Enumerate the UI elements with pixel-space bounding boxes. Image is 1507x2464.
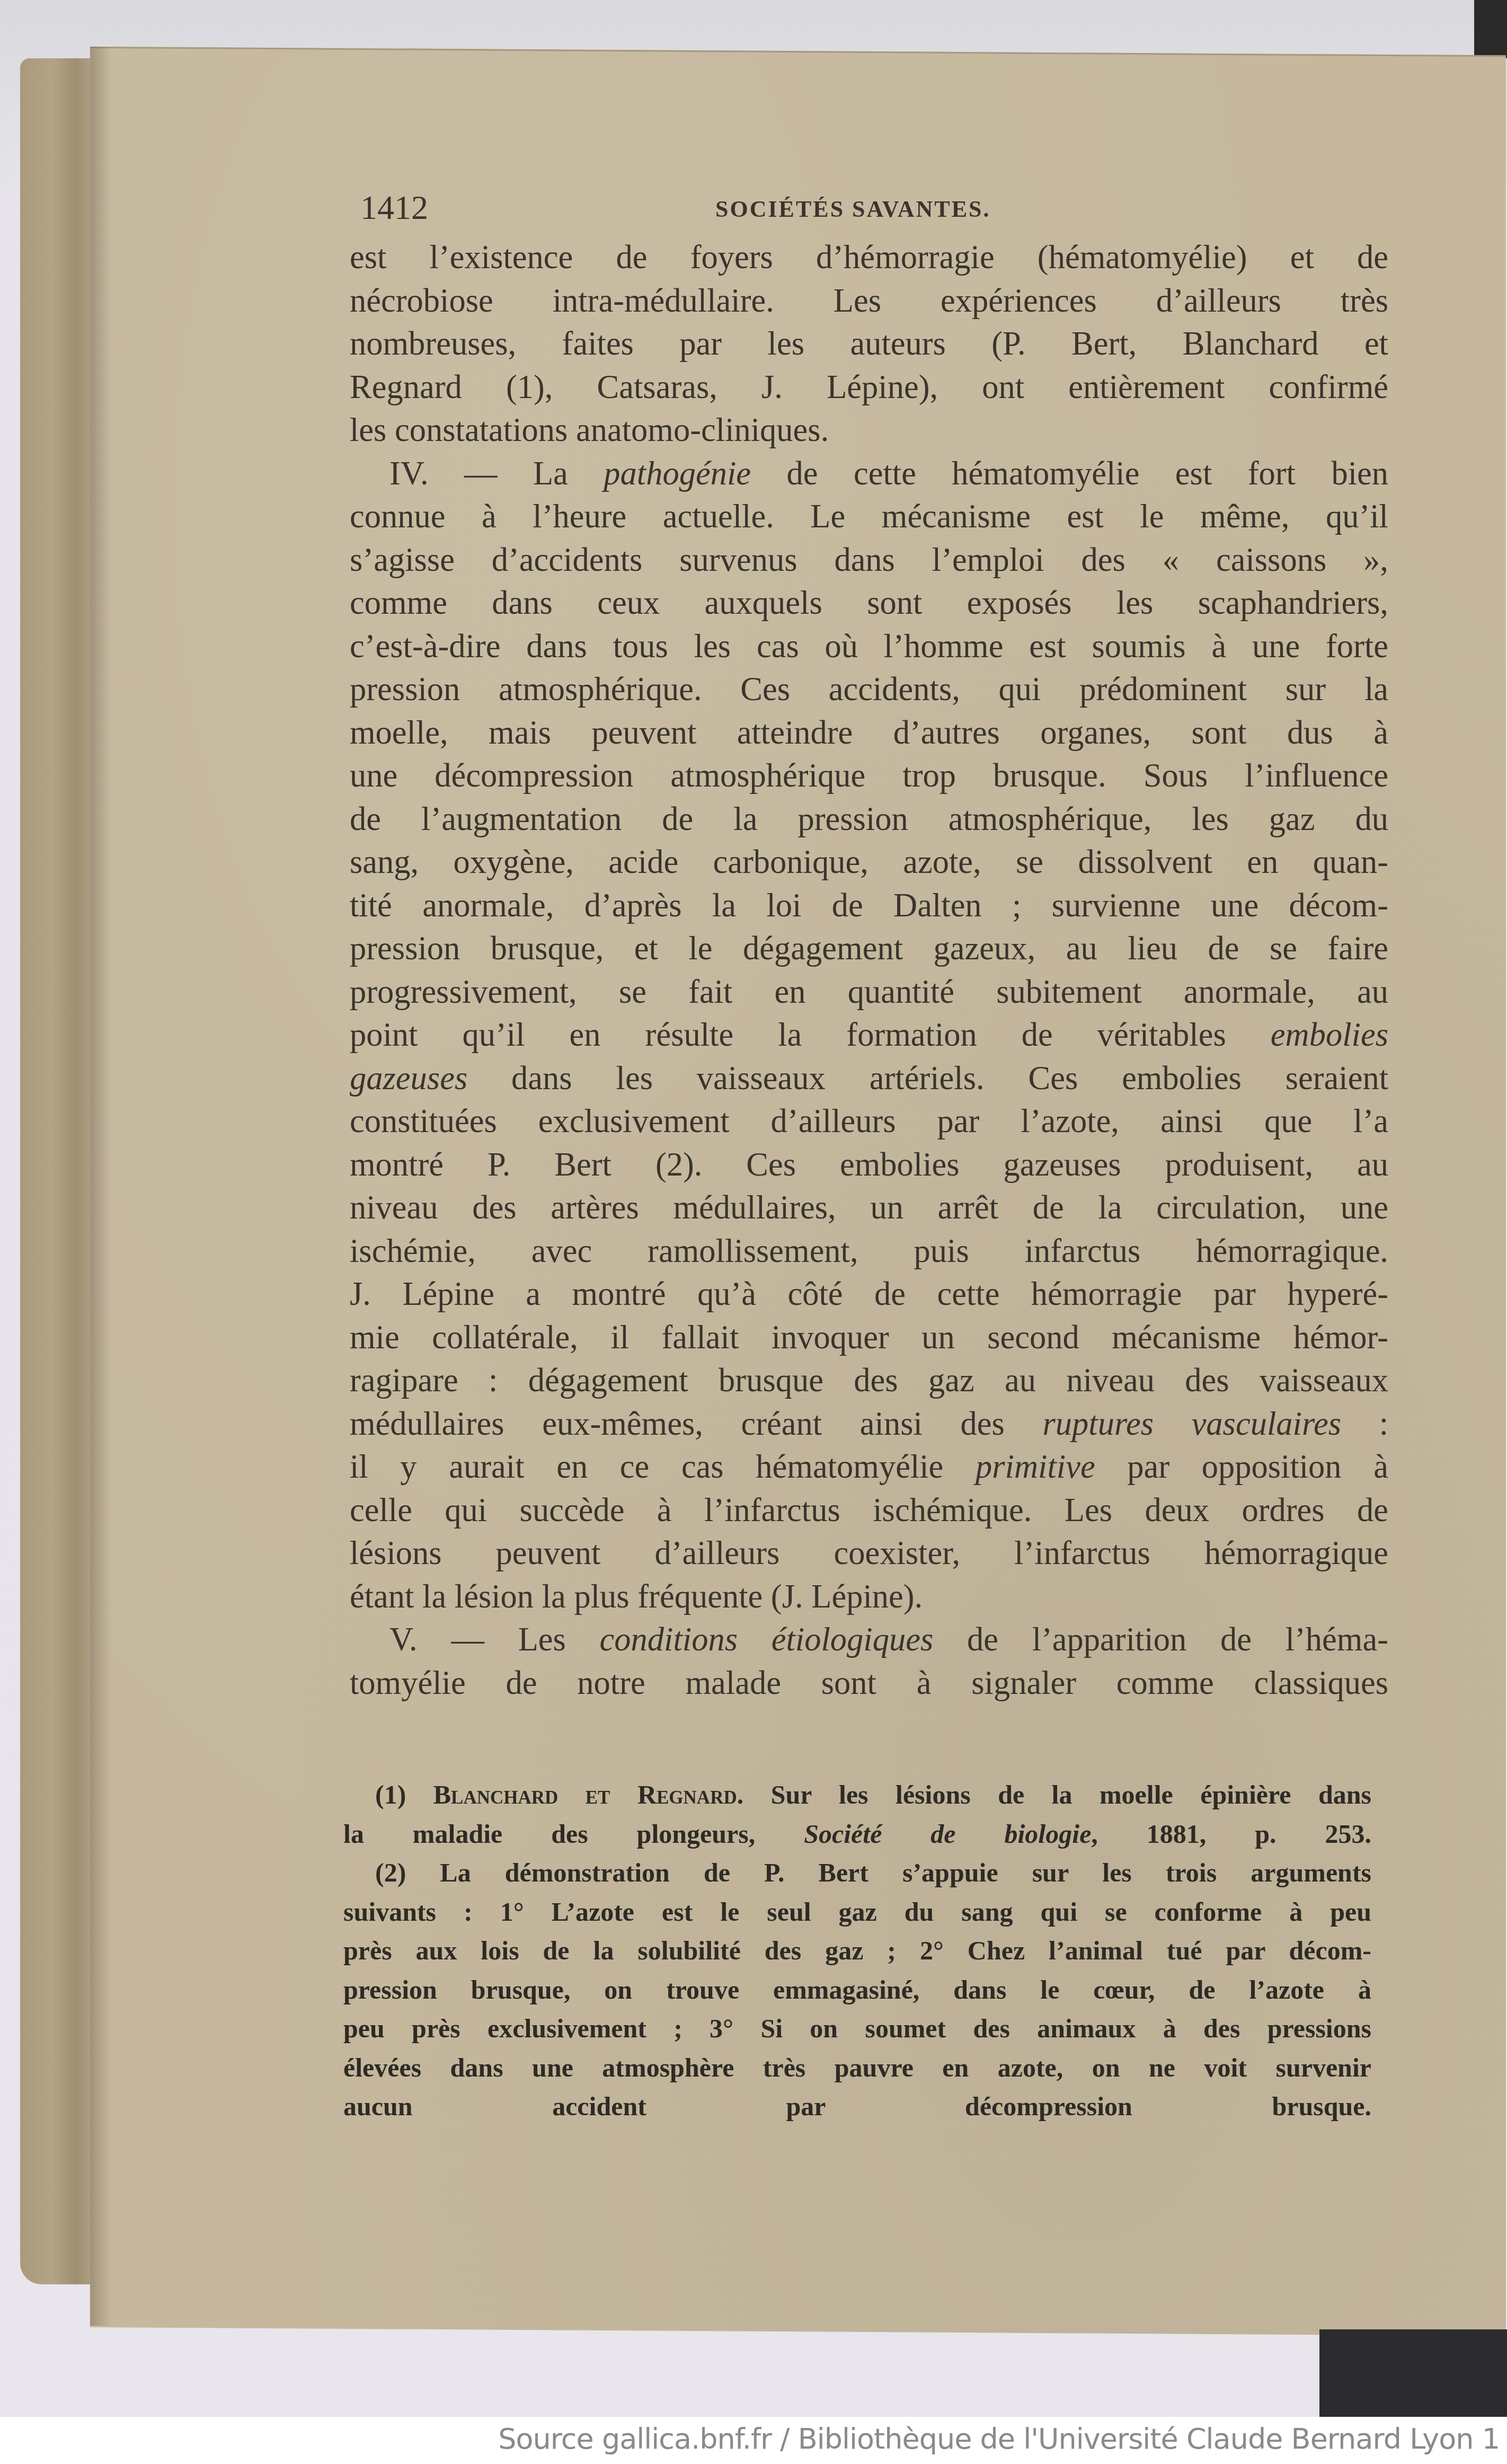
body-line: mie collatérale, il fallait invoquer un … [350,1316,1388,1359]
body-line: nécrobiose intra-médullaire. Les expérie… [350,279,1388,323]
footnote-authors: Blanchard et Regnard. [433,1780,743,1809]
footnote-2-line: pression brusque, on trouve emmagasiné, … [343,1971,1371,2010]
footnote-2-line: peu près exclusivement ; 3° Si on soumet… [343,2009,1371,2048]
body-line: point qu’il en résulte la formation de v… [350,1013,1388,1057]
body-line: une décompression atmosphérique trop bru… [350,754,1388,798]
body-line: connue à l’heure actuelle. Le mécanisme … [350,495,1388,538]
body-line: moelle, mais peuvent atteindre d’autres … [350,711,1388,755]
adjacent-volume-edge-top [1474,0,1507,58]
body-line: constituées exclusivement d’ailleurs par… [350,1100,1388,1143]
body-line: tomyélie de notre malade sont à signaler… [350,1662,1388,1705]
adjacent-volume-edge-bottom [1319,2329,1507,2417]
body-line: pression brusque, et le dégagement gazeu… [350,927,1388,970]
footnote-2-line: élevées dans une atmosphère très pauvre … [343,2048,1371,2088]
line-text: , 1881, p. 253. [1091,1819,1371,1849]
gutter-shadow [90,47,111,2326]
journal-title: Société de biologie [804,1819,1091,1849]
body-line: sang, oxygène, acide carbonique, azote, … [350,841,1388,884]
italic-term: ruptures vasculaires [1042,1405,1341,1442]
footnote-marker: (1) [375,1780,433,1809]
line-text: la maladie des plongeurs, [343,1819,804,1849]
running-head: 1412 SOCIÉTÉS SAVANTES. [350,188,1410,231]
line-text: IV. — La [389,455,604,492]
body-line: les constatations anatomo-cliniques. [350,409,1388,452]
line-text: V. — Les [389,1621,600,1658]
section-v-heading-line: V. — Les conditions étiologiques de l’ap… [350,1618,1388,1662]
italic-term: conditions étiologiques [600,1621,934,1658]
line-text: point qu’il en résulte la formation de v… [350,1016,1271,1053]
footnote-2-line: (2) La démonstration de P. Bert s’appuie… [343,1853,1371,1893]
body-line: est l’existence de foyers d’hémorragie (… [350,236,1388,279]
body-line: étant la lésion la plus fréquente (J. Lé… [350,1575,1388,1619]
body-line: ragipare : dégagement brusque des gaz au… [350,1359,1388,1402]
footnote-2-line: aucun accident par décompression brusque… [343,2087,1371,2126]
body-line: progressivement, se fait en quantité sub… [350,970,1388,1014]
body-line: celle qui succède à l’infarctus ischémiq… [350,1489,1388,1532]
body-line: montré P. Bert (2). Ces embolies gazeuse… [350,1143,1388,1187]
book-fore-edge [20,58,100,2284]
line-text: il y aurait en ce cas hématomyélie [350,1448,976,1485]
line-text: Sur les lésions de la moelle épinière da… [743,1780,1371,1809]
body-line: pression atmosphérique. Ces accidents, q… [350,668,1388,711]
page-text: 1412 SOCIÉTÉS SAVANTES. est l’existence … [350,188,1410,1705]
line-text: de l’apparition de l’héma- [933,1621,1388,1658]
line-text: par opposition à [1095,1448,1388,1485]
page-number: 1412 [360,188,428,227]
body-line: niveau des artères médullaires, un arrêt… [350,1186,1388,1230]
footnote-2-line: suivants : 1° L’azote est le seul gaz du… [343,1893,1371,1932]
footnote-2-line: près aux lois de la solubilité des gaz ;… [343,1931,1371,1971]
italic-term: pathogénie [604,455,751,492]
footnotes: (1) Blanchard et Regnard. Sur les lésion… [343,1776,1382,2126]
body-line: il y aurait en ce cas hématomyélie primi… [350,1445,1388,1489]
body-line: de l’augmentation de la pression atmosph… [350,798,1388,841]
body-line: J. Lépine a montré qu’à côté de cette hé… [350,1273,1388,1316]
source-attribution: Source gallica.bnf.fr / Bibliothèque de … [498,2422,1500,2456]
line-text: médullaires eux-mêmes, créant ainsi des [350,1405,1042,1442]
running-title: SOCIÉTÉS SAVANTES. [715,196,991,223]
body-line: gazeuses dans les vaisseaux artériels. C… [350,1057,1388,1100]
body-line: Regnard (1), Catsaras, J. Lépine), ont e… [350,366,1388,409]
footnote-1-line: (1) Blanchard et Regnard. Sur les lésion… [343,1776,1371,1815]
body-line: ischémie, avec ramollissement, puis infa… [350,1230,1388,1273]
body-line: lésions peuvent d’ailleurs coexister, l’… [350,1532,1388,1575]
body-line: tité anormale, d’après la loi de Dalten … [350,884,1388,928]
body-line: comme dans ceux auxquels sont exposés le… [350,581,1388,625]
source-attribution-bar: Source gallica.bnf.fr / Bibliothèque de … [0,2417,1507,2464]
italic-term: gazeuses [350,1059,467,1097]
body-line: médullaires eux-mêmes, créant ainsi des … [350,1402,1388,1446]
body-line: c’est-à-dire dans tous les cas où l’homm… [350,625,1388,668]
footnote-1-line: la maladie des plongeurs, Société de bio… [343,1815,1371,1854]
line-text: dans les vaisseaux artériels. Ces emboli… [467,1059,1388,1097]
section-iv-heading-line: IV. — La pathogénie de cette hématomyéli… [350,452,1388,496]
body-line: s’agisse d’accidents survenus dans l’emp… [350,538,1388,582]
line-text: : [1341,1405,1388,1442]
italic-term: primitive [976,1448,1095,1485]
italic-term: embolies [1271,1016,1388,1053]
line-text: de cette hématomyélie est fort bien [751,455,1388,492]
body-line: nombreuses, faites par les auteurs (P. B… [350,322,1388,366]
